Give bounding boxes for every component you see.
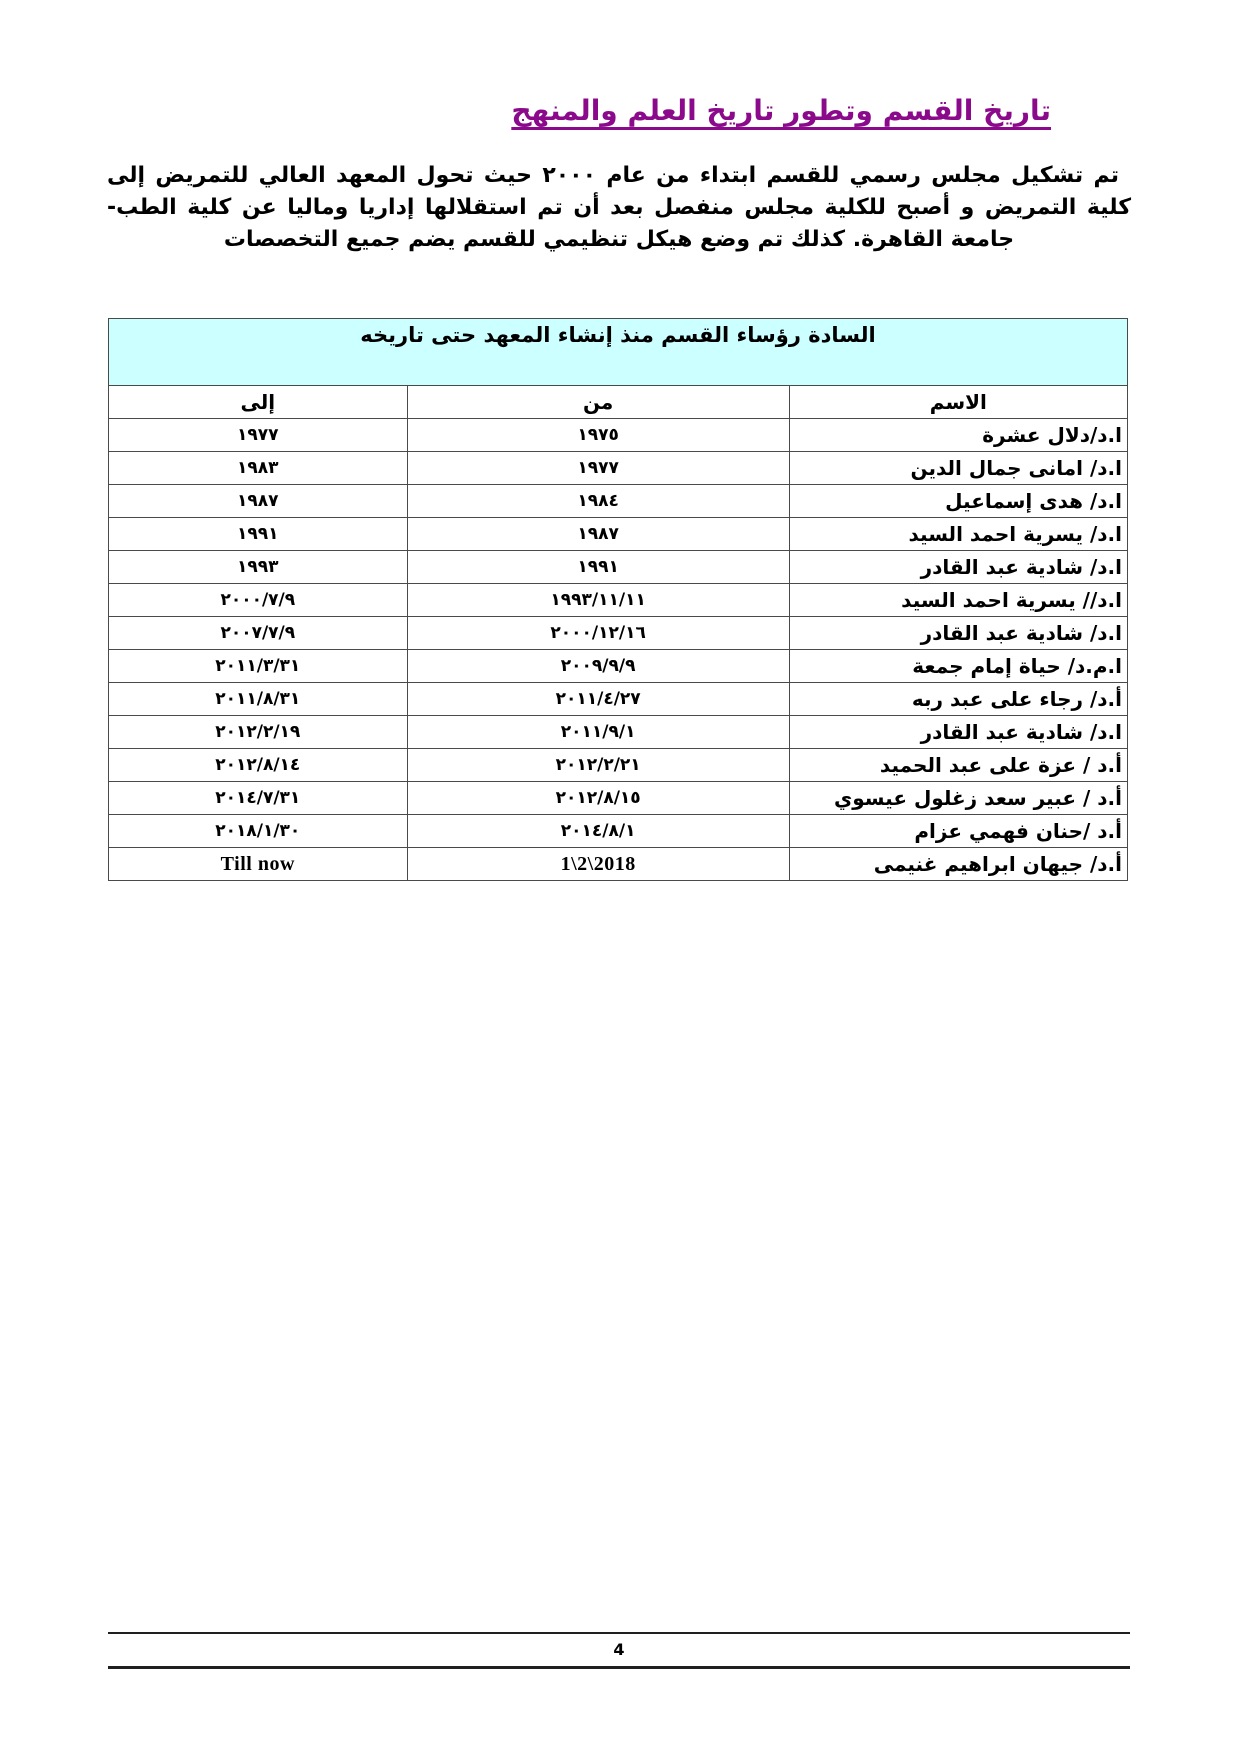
head-name-cell: أ.د/ رجاء على عبد ربه [789, 683, 1127, 716]
from-date-cell: ١٩٧٧ [407, 452, 789, 485]
to-date-cell: ٢٠٠٠/٧/٩ [109, 584, 408, 617]
document-page: تاريخ القسم وتطور تاريخ العلم والمنهج تم… [0, 0, 1241, 1754]
column-header-name: الاسم [789, 386, 1127, 419]
table-row: أ.د/ رجاء على عبد ربه ٢٠١١/٤/٢٧ ٢٠١١/٨/٣… [109, 683, 1128, 716]
from-date-cell: ٢٠١٤/٨/١ [407, 815, 789, 848]
head-name-cell: أ.د/ جيهان ابراهيم غنيمى [789, 848, 1127, 881]
page-number: 4 [108, 1634, 1130, 1666]
head-name-cell: ا.د/ يسرية احمد السيد [789, 518, 1127, 551]
head-name-cell: أ.د / عزة على عبد الحميد [789, 749, 1127, 782]
head-name-cell: ا.د/ شادية عبد القادر [789, 617, 1127, 650]
table-row: أ.د/ جيهان ابراهيم غنيمى 1\2\2018 Till n… [109, 848, 1128, 881]
table-row: ا.د/ امانى جمال الدين ١٩٧٧ ١٩٨٣ [109, 452, 1128, 485]
table-row: ا.د/ شادية عبد القادر ٢٠١١/٩/١ ٢٠١٢/٢/١٩ [109, 716, 1128, 749]
head-name-cell: ا.د/ شادية عبد القادر [789, 551, 1127, 584]
from-date-cell: ١٩٨٤ [407, 485, 789, 518]
table-row: أ.د / عبير سعد زغلول عيسوي ٢٠١٢/٨/١٥ ٢٠١… [109, 782, 1128, 815]
head-name-cell: ا.د// يسرية احمد السيد [789, 584, 1127, 617]
head-name-cell: ا.د/ شادية عبد القادر [789, 716, 1127, 749]
page-footer: 4 [108, 1632, 1130, 1669]
to-date-cell: ٢٠١٨/١/٣٠ [109, 815, 408, 848]
table-row: ا.د/ شادية عبد القادر ٢٠٠٠/١٢/١٦ ٢٠٠٧/٧/… [109, 617, 1128, 650]
to-date-cell: ٢٠١٢/٢/١٩ [109, 716, 408, 749]
department-heads-table: السادة رؤساء القسم منذ إنشاء المعهد حتى … [108, 318, 1128, 881]
table-caption-row: السادة رؤساء القسم منذ إنشاء المعهد حتى … [109, 319, 1128, 386]
from-date-cell: ٢٠١٢/٢/٢١ [407, 749, 789, 782]
from-date-cell: ١٩٨٧ [407, 518, 789, 551]
from-date-cell: ١٩٩٣/١١/١١ [407, 584, 789, 617]
head-name-cell: أ.د /حنان فهمي عزام [789, 815, 1127, 848]
to-date-cell: ١٩٨٣ [109, 452, 408, 485]
head-name-cell: ا.م.د/ حياة إمام جمعة [789, 650, 1127, 683]
table-row: ا.د/دلال عشرة ١٩٧٥ ١٩٧٧ [109, 419, 1128, 452]
to-date-cell: ٢٠١١/٣/٣١ [109, 650, 408, 683]
intro-paragraph: تم تشكيل مجلس رسمي للقسم ابتداء من عام ٢… [107, 160, 1131, 256]
to-date-cell: ١٩٨٧ [109, 485, 408, 518]
to-date-cell: ٢٠١٢/٨/١٤ [109, 749, 408, 782]
head-name-cell: ا.د/ هدى إسماعيل [789, 485, 1127, 518]
table-row: أ.د /حنان فهمي عزام ٢٠١٤/٨/١ ٢٠١٨/١/٣٠ [109, 815, 1128, 848]
from-date-cell: ١٩٩١ [407, 551, 789, 584]
from-date-cell: ٢٠١١/٩/١ [407, 716, 789, 749]
table-row: ا.د/ هدى إسماعيل ١٩٨٤ ١٩٨٧ [109, 485, 1128, 518]
from-date-cell: ٢٠١١/٤/٢٧ [407, 683, 789, 716]
table-row: ا.د/ يسرية احمد السيد ١٩٨٧ ١٩٩١ [109, 518, 1128, 551]
head-name-cell: ا.د/دلال عشرة [789, 419, 1127, 452]
from-date-cell: 1\2\2018 [407, 848, 789, 881]
column-header-from: من [407, 386, 789, 419]
from-date-cell: ٢٠٠٩/٩/٩ [407, 650, 789, 683]
page-title: تاريخ القسم وتطور تاريخ العلم والمنهج [511, 94, 1051, 127]
table-header-row: الاسم من إلى [109, 386, 1128, 419]
to-date-cell: ٢٠٠٧/٧/٩ [109, 617, 408, 650]
to-date-cell: ١٩٩٣ [109, 551, 408, 584]
to-date-cell: ١٩٧٧ [109, 419, 408, 452]
table-row: ا.د/ شادية عبد القادر ١٩٩١ ١٩٩٣ [109, 551, 1128, 584]
from-date-cell: ٢٠٠٠/١٢/١٦ [407, 617, 789, 650]
head-name-cell: ا.د/ امانى جمال الدين [789, 452, 1127, 485]
head-name-cell: أ.د / عبير سعد زغلول عيسوي [789, 782, 1127, 815]
to-date-cell: ٢٠١٤/٧/٣١ [109, 782, 408, 815]
table-row: ا.م.د/ حياة إمام جمعة ٢٠٠٩/٩/٩ ٢٠١١/٣/٣١ [109, 650, 1128, 683]
table-row: أ.د / عزة على عبد الحميد ٢٠١٢/٢/٢١ ٢٠١٢/… [109, 749, 1128, 782]
to-date-cell: Till now [109, 848, 408, 881]
to-date-cell: ٢٠١١/٨/٣١ [109, 683, 408, 716]
from-date-cell: ٢٠١٢/٨/١٥ [407, 782, 789, 815]
to-date-cell: ١٩٩١ [109, 518, 408, 551]
table-caption: السادة رؤساء القسم منذ إنشاء المعهد حتى … [109, 319, 1128, 386]
from-date-cell: ١٩٧٥ [407, 419, 789, 452]
table-row: ا.د// يسرية احمد السيد ١٩٩٣/١١/١١ ٢٠٠٠/٧… [109, 584, 1128, 617]
column-header-to: إلى [109, 386, 408, 419]
